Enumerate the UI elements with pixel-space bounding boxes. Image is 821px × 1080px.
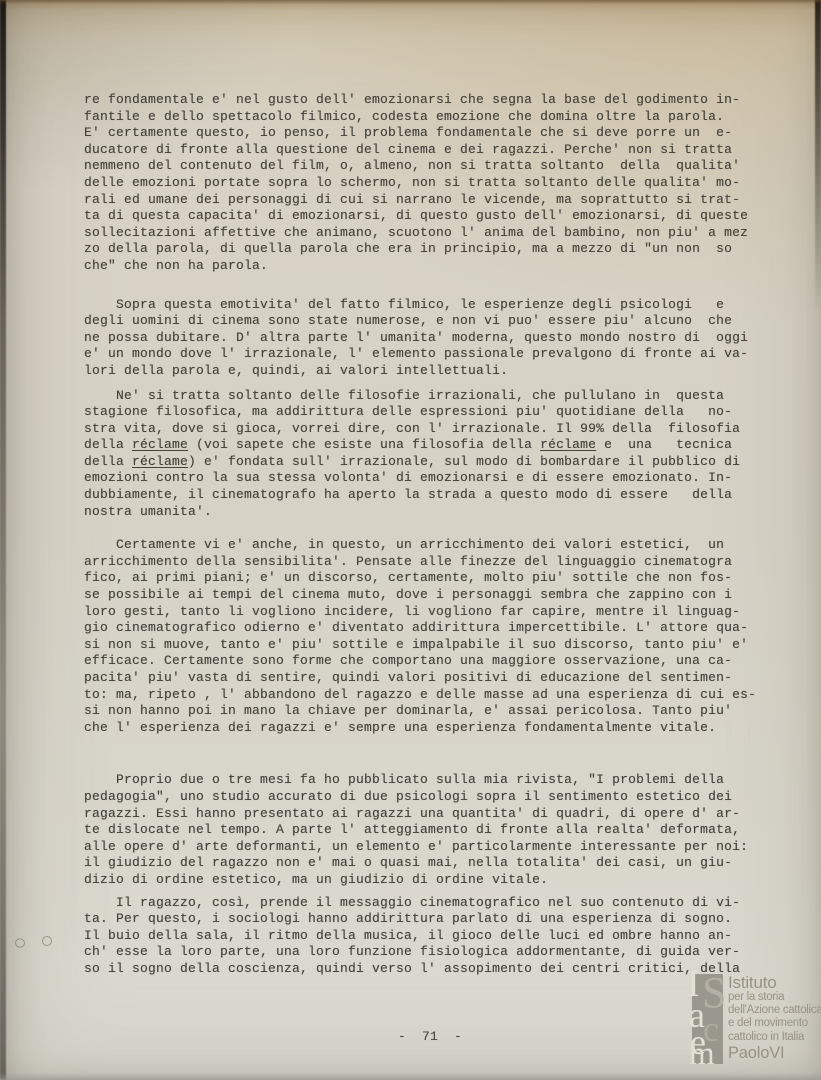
text-line: ta di questa capacita' di emozionarsi, d… bbox=[84, 208, 760, 225]
text-line: si non si muove, tanto e' piu' sottile e… bbox=[84, 637, 760, 654]
text-line: re fondamentale e' nel gusto dell' emozi… bbox=[84, 92, 760, 109]
text-line: emozioni contro la sua stessa volonta' d… bbox=[84, 470, 760, 487]
text-line: sollecitazioni affettive che animano, sc… bbox=[84, 225, 760, 242]
text-line: efficace. Certamente sono forme che comp… bbox=[84, 653, 760, 670]
text-line: Sopra questa emotivita' del fatto filmic… bbox=[84, 297, 760, 314]
text-line: Il buio della sala, il ritmo della music… bbox=[84, 928, 760, 945]
paragraph-6: Il ragazzo, così, prende il messaggio ci… bbox=[84, 895, 760, 978]
text-line: Certamente vi e' anche, in questo, un ar… bbox=[84, 537, 760, 554]
watermark-text-line: cattolico in Italia bbox=[728, 1031, 821, 1044]
stamp-circle-mark bbox=[42, 936, 52, 946]
text-line: nemmeno del contenuto del film, o, almen… bbox=[84, 158, 760, 175]
text-line: delle emozioni portate sopra lo schermo,… bbox=[84, 175, 760, 192]
text-line: alle opere d' arte deformanti, un elemen… bbox=[84, 839, 760, 856]
text-line: della réclame (voi sapete che esiste una… bbox=[84, 437, 760, 454]
paragraph-5: Proprio due o tre mesi fa ho pubblicato … bbox=[84, 772, 760, 888]
text-line: ne possa dubitare. D' altra parte l' uma… bbox=[84, 330, 760, 347]
watermark-text-line: per la storia bbox=[728, 991, 821, 1004]
watermark-text-line: PaoloVI bbox=[728, 1044, 821, 1063]
text-line: se possibile ai tempi del cinema muto, d… bbox=[84, 587, 760, 604]
text-line: dizio di ordine estetico, ma un giudizio… bbox=[84, 872, 760, 889]
text-line: to: ma, ripeto , l' abbandono del ragazz… bbox=[84, 687, 760, 704]
text-line: fico, ai primi piani; e' un discorso, ce… bbox=[84, 570, 760, 587]
text-line: E' certamente questo, io penso, il probl… bbox=[84, 125, 760, 142]
text-line: zo della parola, di quella parola che er… bbox=[84, 241, 760, 258]
text-line: arricchimento della sensibilita'. Pensat… bbox=[84, 554, 760, 571]
text-line: pacita' piu' vasta di sentire, quindi va… bbox=[84, 670, 760, 687]
text-line: ch' esse la loro parte, una loro funzion… bbox=[84, 944, 760, 961]
text-line: si non hanno poi in mano la chiave per d… bbox=[84, 703, 760, 720]
paragraph-1: re fondamentale e' nel gusto dell' emozi… bbox=[84, 92, 760, 275]
paragraph-3: Ne' si tratta soltanto delle filosofie i… bbox=[84, 388, 760, 521]
text-line: fantile e dello spettacolo filmico, code… bbox=[84, 109, 760, 126]
text-line: loro gesti, tanto li vogliono incidere, … bbox=[84, 604, 760, 621]
text-line: Il ragazzo, così, prende il messaggio ci… bbox=[84, 895, 760, 912]
scanned-document-page: I S a c e m Istituto per la storia dell'… bbox=[0, 0, 821, 1080]
text-line: te dislocate nel tempo. A parte l' atteg… bbox=[84, 822, 760, 839]
isacem-watermark: I S a c e m Istituto per la storia dell'… bbox=[690, 972, 821, 1072]
text-line: stagione filosofica, ma addirittura dell… bbox=[84, 404, 760, 421]
text-line: so il sogno della coscienza, quindi vers… bbox=[84, 961, 760, 978]
text-line: ragazzi. Essi hanno presentato ai ragazz… bbox=[84, 806, 760, 823]
paragraph-4: Certamente vi e' anche, in questo, un ar… bbox=[84, 537, 760, 736]
text-line: e' un mondo dove l' irrazionale, l' elem… bbox=[84, 346, 760, 363]
text-line: rali ed umane dei personaggi di cui si n… bbox=[84, 192, 760, 209]
page-number: - 71 - bbox=[398, 1029, 462, 1044]
text-line: nostra umanita'. bbox=[84, 504, 760, 521]
typed-text-column: re fondamentale e' nel gusto dell' emozi… bbox=[84, 92, 760, 978]
paragraph-2: Sopra questa emotivita' del fatto filmic… bbox=[84, 297, 760, 380]
text-line: che" che non ha parola. bbox=[84, 258, 760, 275]
watermark-org-name: Istituto per la storia dell'Azione catto… bbox=[728, 975, 821, 1063]
text-line: ta. Per questo, i sociologi hanno addiri… bbox=[84, 911, 760, 928]
text-line: pedagogia", uno studio accurato di due p… bbox=[84, 789, 760, 806]
text-line: gio cinematografico odierno e' diventato… bbox=[84, 620, 760, 637]
text-line: stra vita, dove si gioca, vorrei dire, c… bbox=[84, 421, 760, 438]
text-line: Ne' si tratta soltanto delle filosofie i… bbox=[84, 388, 760, 405]
text-line: il giudizio del ragazzo non e' mai o qua… bbox=[84, 855, 760, 872]
text-line: ducatore di fronte alla questione del ci… bbox=[84, 142, 760, 159]
text-line: che l' esperienza dei ragazzi e' sempre … bbox=[84, 720, 760, 737]
text-line: Proprio due o tre mesi fa ho pubblicato … bbox=[84, 772, 760, 789]
watermark-text-line: dell'Azione cattolica bbox=[728, 1004, 821, 1017]
text-line: della réclame) e' fondata sull' irrazion… bbox=[84, 454, 760, 471]
watermark-text-line: e del movimento bbox=[728, 1017, 821, 1030]
text-line: dubbiamente, il cinematografo ha aperto … bbox=[84, 487, 760, 504]
watermark-letter-m: m bbox=[689, 1038, 715, 1071]
text-line: lori della parola e, quindi, ai valori i… bbox=[84, 363, 760, 380]
text-line: degli uomini di cinema sono state numero… bbox=[84, 313, 760, 330]
